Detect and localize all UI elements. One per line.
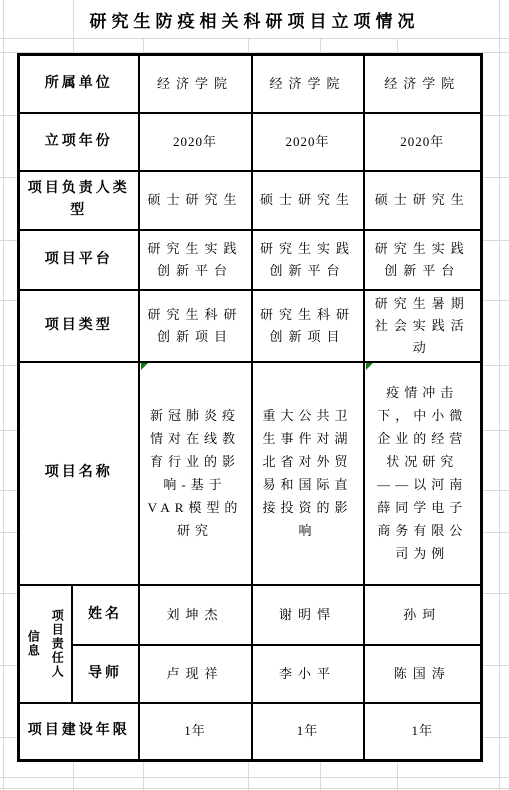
table-row: 所属单位 经济学院 经济学院 经济学院 xyxy=(19,55,482,113)
vertical-label-text: 项目责任人信息 xyxy=(21,607,69,681)
cell-platform-1[interactable]: 研究生实践创新平台 xyxy=(139,230,252,290)
table-row: 项目负责人类型 硕士研究生 硕士研究生 硕士研究生 xyxy=(19,171,482,230)
table-row: 项目责任人信息 姓名 刘坤杰 谢明悍 孙珂 xyxy=(19,585,482,645)
cell-duration-2[interactable]: 1年 xyxy=(252,703,364,761)
cell-project-type-2[interactable]: 研究生科研创新项目 xyxy=(252,290,364,362)
table-row: 项目名称 新冠肺炎疫情对在线教育行业的影响-基于VAR模型的研究 重大公共卫生事… xyxy=(19,362,482,585)
cell-advisor-1[interactable]: 卢现祥 xyxy=(139,645,252,703)
table-row: 项目平台 研究生实践创新平台 研究生实践创新平台 研究生实践创新平台 xyxy=(19,230,482,290)
cell-project-name-1[interactable]: 新冠肺炎疫情对在线教育行业的影响-基于VAR模型的研究 xyxy=(139,362,252,585)
row-label-advisor[interactable]: 导师 xyxy=(72,645,139,703)
cell-project-type-1[interactable]: 研究生科研创新项目 xyxy=(139,290,252,362)
cell-year-1[interactable]: 2020年 xyxy=(139,113,252,171)
cell-unit-3[interactable]: 经济学院 xyxy=(364,55,482,113)
cell-unit-2[interactable]: 经济学院 xyxy=(252,55,364,113)
cell-duration-1[interactable]: 1年 xyxy=(139,703,252,761)
error-indicator-triangle-icon xyxy=(366,363,373,370)
sheet-gridline xyxy=(0,38,509,39)
project-name-text: 疫情冲击下，中小微企业的经营状况研究——以河南薛同学电子商务有限公司为例 xyxy=(377,385,467,561)
cell-project-name-2[interactable]: 重大公共卫生事件对湖北省对外贸易和国际直接投资的影响 xyxy=(252,362,364,585)
row-label-project-name[interactable]: 项目名称 xyxy=(19,362,139,585)
row-label-name[interactable]: 姓名 xyxy=(72,585,139,645)
project-name-text: 重大公共卫生事件对湖北省对外贸易和国际直接投资的影响 xyxy=(262,408,352,538)
sheet-gridline xyxy=(0,777,509,778)
row-label-leader-type[interactable]: 项目负责人类型 xyxy=(19,171,139,230)
cell-unit-1[interactable]: 经济学院 xyxy=(139,55,252,113)
cell-project-type-3[interactable]: 研究生暑期社会实践活动 xyxy=(364,290,482,362)
cell-leader-type-2[interactable]: 硕士研究生 xyxy=(252,171,364,230)
row-label-project-type[interactable]: 项目类型 xyxy=(19,290,139,362)
cell-name-2[interactable]: 谢明悍 xyxy=(252,585,364,645)
cell-platform-3[interactable]: 研究生实践创新平台 xyxy=(364,230,482,290)
table-row: 导师 卢现祥 李小平 陈国涛 xyxy=(19,645,482,703)
table-row: 项目类型 研究生科研创新项目 研究生科研创新项目 研究生暑期社会实践活动 xyxy=(19,290,482,362)
cell-duration-3[interactable]: 1年 xyxy=(364,703,482,761)
cell-platform-2[interactable]: 研究生实践创新平台 xyxy=(252,230,364,290)
cell-leader-type-3[interactable]: 硕士研究生 xyxy=(364,171,482,230)
cell-advisor-3[interactable]: 陈国涛 xyxy=(364,645,482,703)
sheet-gridline xyxy=(499,0,500,790)
table-row: 项目建设年限 1年 1年 1年 xyxy=(19,703,482,761)
row-label-duration[interactable]: 项目建设年限 xyxy=(19,703,139,761)
table-row: 立项年份 2020年 2020年 2020年 xyxy=(19,113,482,171)
sheet-gridline xyxy=(3,0,4,790)
cell-year-2[interactable]: 2020年 xyxy=(252,113,364,171)
row-label-unit[interactable]: 所属单位 xyxy=(19,55,139,113)
cell-name-3[interactable]: 孙珂 xyxy=(364,585,482,645)
project-name-text: 新冠肺炎疫情对在线教育行业的影响-基于VAR模型的研究 xyxy=(148,408,243,538)
row-label-year[interactable]: 立项年份 xyxy=(19,113,139,171)
cell-advisor-2[interactable]: 李小平 xyxy=(252,645,364,703)
error-indicator-triangle-icon xyxy=(141,363,148,370)
cell-year-3[interactable]: 2020年 xyxy=(364,113,482,171)
sheet-gridline xyxy=(0,788,509,789)
row-label-responsible-info[interactable]: 项目责任人信息 xyxy=(19,585,72,703)
spreadsheet-table: 所属单位 经济学院 经济学院 经济学院 立项年份 2020年 2020年 202… xyxy=(17,53,483,762)
cell-leader-type-1[interactable]: 硕士研究生 xyxy=(139,171,252,230)
row-label-platform[interactable]: 项目平台 xyxy=(19,230,139,290)
cell-name-1[interactable]: 刘坤杰 xyxy=(139,585,252,645)
cell-project-name-3[interactable]: 疫情冲击下，中小微企业的经营状况研究——以河南薛同学电子商务有限公司为例 xyxy=(364,362,482,585)
page-title: 研究生防疫相关科研项目立项情况 xyxy=(0,7,509,32)
